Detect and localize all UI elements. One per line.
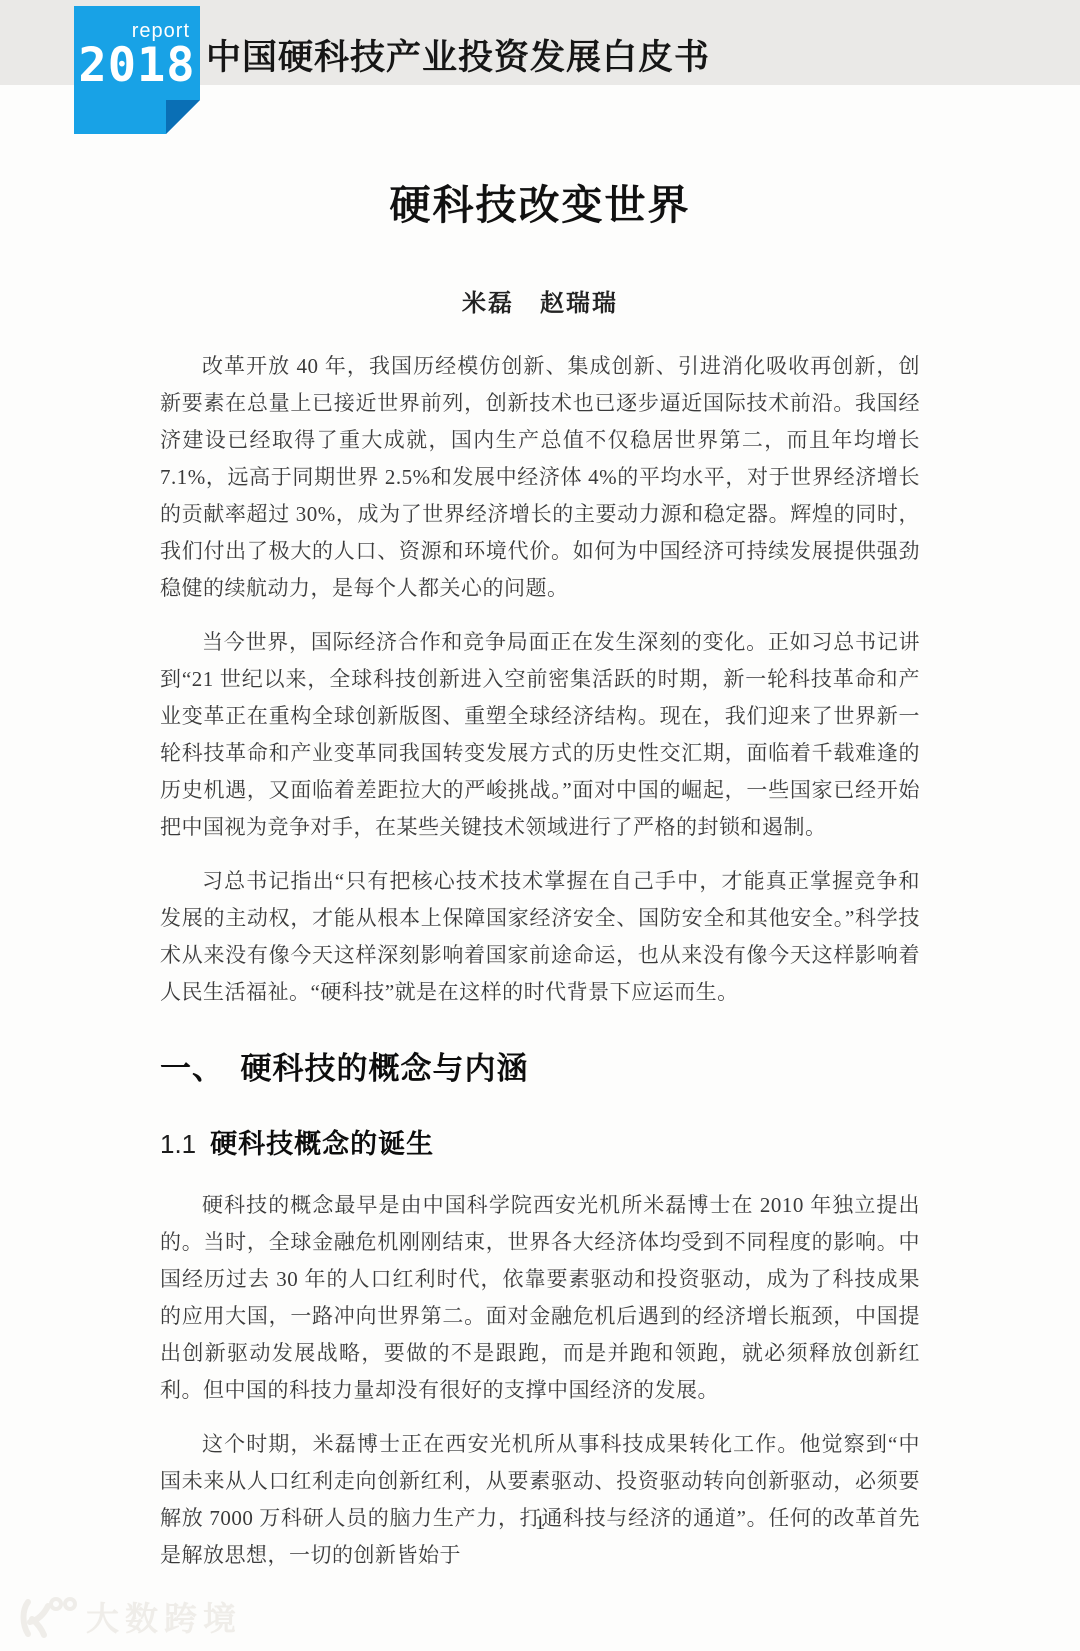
intro-paragraph-2: 当今世界，国际经济合作和竞争局面正在发生深刻的变化。正如习总书记讲到“21 世纪… <box>160 624 920 846</box>
subsection-number: 1.1 <box>160 1129 196 1159</box>
section-1-paragraph-1: 硬科技的概念最早是由中国科学院西安光机所米磊博士在 2010 年独立提出的。当时… <box>160 1187 920 1409</box>
intro-paragraph-3: 习总书记指出“只有把核心技术技术掌握在自己手中，才能真正掌握竞争和发展的主动权，… <box>160 863 920 1011</box>
whitepaper-page: report 2018 中国硬科技产业投资发展白皮书 硬科技改变世界 米磊 赵瑞… <box>0 0 1080 1651</box>
year-badge: report 2018 <box>74 6 200 134</box>
dashu-kuajing-logo-icon <box>18 1592 78 1640</box>
intro-paragraph-1: 改革开放 40 年，我国历经模仿创新、集成创新、引进消化吸收再创新，创新要素在总… <box>160 348 920 607</box>
authors-line: 米磊 赵瑞瑞 <box>160 283 920 318</box>
article-title: 硬科技改变世界 <box>160 172 920 231</box>
whitepaper-title: 中国硬科技产业投资发展白皮书 <box>206 30 710 80</box>
section-1-paragraph-2: 这个时期，米磊博士正在西安光机所从事科技成果转化工作。他觉察到“中国未来从人口红… <box>160 1426 920 1574</box>
watermark-brand: 大数跨境 <box>86 1593 242 1640</box>
page-number: 1 <box>0 1512 1080 1535</box>
subsection-title: 硬科技概念的诞生 <box>210 1129 434 1159</box>
year-label: 2018 <box>74 42 200 89</box>
subsection-1-1-heading: 1.1硬科技概念的诞生 <box>160 1122 920 1161</box>
watermark: 大数跨境 <box>18 1588 242 1644</box>
article-body: 硬科技改变世界 米磊 赵瑞瑞 改革开放 40 年，我国历经模仿创新、集成创新、引… <box>160 172 920 1591</box>
section-1-heading: 一、 硬科技的概念与内涵 <box>160 1043 920 1088</box>
